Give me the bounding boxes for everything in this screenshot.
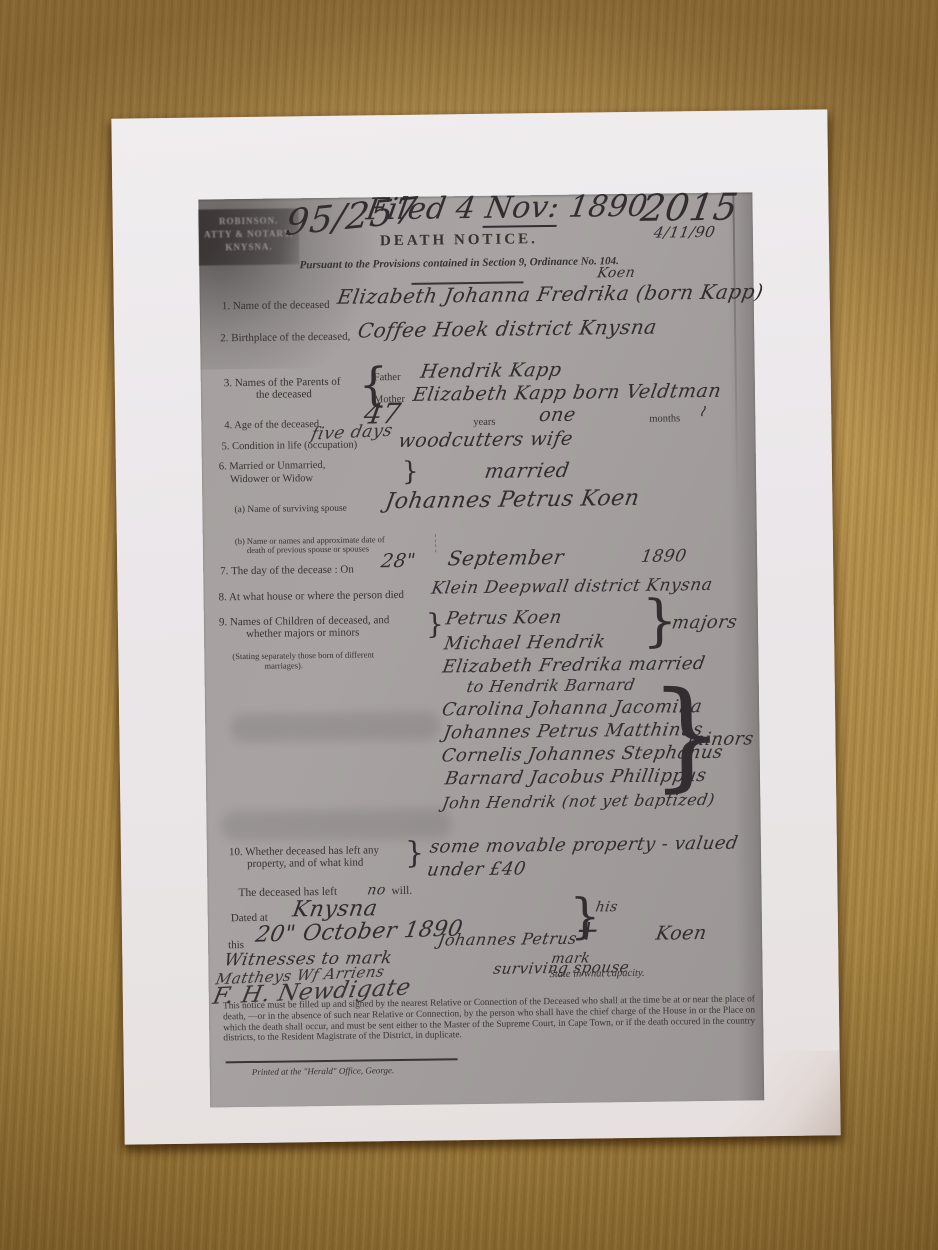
field-condition-label: 5. Condition in life (occupation)	[222, 440, 358, 453]
dated-date-value: 20" October 1890	[254, 918, 465, 946]
corner-date-handwritten: 4/11/90	[653, 225, 717, 241]
field-name-label: 1. Name of the deceased	[222, 299, 330, 312]
capacity-label: State in what capacity.	[549, 968, 644, 980]
form-title: DEATH NOTICE.	[349, 231, 569, 251]
field-age-label: 4. Age of the deceased	[224, 419, 319, 431]
minors-tag: minors	[686, 730, 755, 749]
prev-spouse-bar: ¦	[435, 533, 437, 543]
field-condition-value: woodcutters wife	[397, 430, 574, 451]
children-brace: }	[426, 610, 444, 638]
children-note-2: marriages).	[264, 660, 303, 671]
dated-place-value: Knysna	[291, 898, 379, 921]
property-brace: }	[405, 839, 424, 869]
married-brace: }	[402, 459, 419, 485]
prev-spouse-bar: ¦	[435, 543, 437, 553]
corner-number-handwritten: 2015	[639, 188, 741, 226]
field-spouse-value: Johannes Petrus Koen	[384, 488, 641, 513]
field-married-value: married	[483, 460, 571, 481]
field-name-value: Elizabeth Johanna Fredrika (born Kapp)	[336, 281, 765, 307]
child-name-continued: to Hendrik Barnard	[465, 677, 636, 695]
field-property-label-2: property, and of what kind	[247, 856, 363, 870]
father-label: Father	[374, 372, 401, 383]
field-property-value-2: under £40	[426, 860, 527, 879]
filed-year: 1890	[556, 189, 650, 225]
field-parents-label-1: 3. Names of the Parents of	[224, 376, 341, 390]
printer-imprint: Printed at the "Herald" Office, George.	[252, 1065, 395, 1077]
death-notice-document: ROBINSON. ATTY & NOTARY, KNYSNA. 95/257 …	[198, 192, 764, 1107]
field-property-value-1: some movable property - valued	[428, 835, 739, 857]
field-name-inserted-word: Koen	[596, 266, 636, 281]
field-children-label-2: whether majors or minors	[246, 627, 359, 640]
decease-year-value: 1890	[640, 548, 688, 566]
decease-day-value: 28"	[380, 552, 418, 571]
signer-surname: Koen	[654, 924, 708, 944]
child-name: Michael Hendrik	[443, 633, 607, 653]
field-married-label-1: 6. Married or Unmarried,	[219, 460, 326, 472]
children-note-1: (Stating separately those born of differ…	[232, 649, 374, 661]
field-birthplace-value: Coffee Hoek district Knysna	[356, 317, 658, 341]
mother-value: Elizabeth Kapp born Veldtman	[411, 382, 722, 405]
stamp-line: ROBINSON.	[199, 214, 299, 228]
field-birthplace-label: 2. Birthplace of the deceased,	[220, 331, 350, 345]
age-months-label: months	[649, 413, 680, 424]
will-suffix: will.	[391, 885, 412, 897]
paper-sheet: ROBINSON. ATTY & NOTARY, KNYSNA. 95/257 …	[111, 109, 840, 1144]
flourish-squiggle: ≀	[698, 403, 707, 419]
field-children-label-1: 9. Names of Children of deceased, and	[219, 614, 390, 628]
signer-first-names: Johannes Petrus	[437, 931, 578, 949]
filed-note-handwritten: Filed 4 Nov: 1890	[364, 192, 650, 226]
field-prev-spouse-label-2: death of previous spouse or spouses	[247, 543, 369, 555]
age-years-label: years	[473, 417, 495, 428]
decease-month-value: September	[446, 547, 565, 569]
child-name: Petrus Koen	[444, 609, 563, 629]
footer-rule	[226, 1058, 458, 1063]
insertion-caret: ‸	[600, 286, 604, 297]
father-value: Hendrik Kapp	[419, 361, 563, 382]
age-months-value: one	[538, 406, 578, 426]
field-decease-label: 7. The day of the decease : On	[220, 564, 354, 578]
photo-scene: ROBINSON. ATTY & NOTARY, KNYSNA. 95/257 …	[0, 0, 938, 1250]
showthrough-smudge	[230, 711, 440, 742]
majors-tag: majors	[671, 614, 739, 633]
x-mark: +	[574, 916, 603, 944]
field-death-place-label: 8. At what house or where the person die…	[219, 589, 405, 603]
his-word: his	[595, 900, 619, 914]
filed-month: Nov:	[483, 190, 562, 228]
field-spouse-label: (a) Name of surviving spouse	[234, 504, 347, 515]
filed-pre: Filed 4	[364, 191, 489, 228]
field-parents-label-2: the deceased	[256, 388, 312, 401]
footer-instructions: This notice must be filled up and signed…	[223, 994, 756, 1044]
photocopy-edge-shading	[726, 192, 764, 1100]
field-married-label-2: Widower or Widow	[230, 473, 313, 485]
